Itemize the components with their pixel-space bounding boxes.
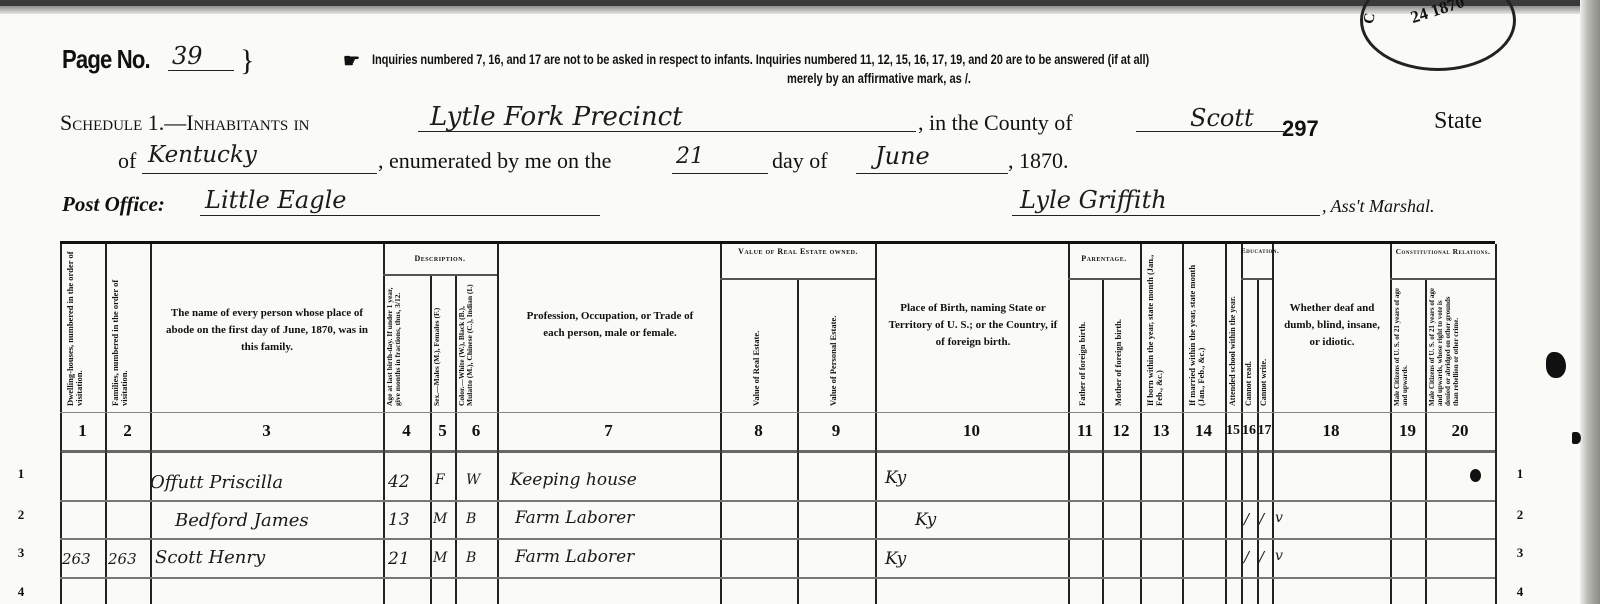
col-9-header: Value of Personal Estate.: [829, 290, 843, 406]
day-of-label: day of: [772, 148, 828, 174]
state-line: [142, 173, 377, 174]
row-2-birthplace: Ky: [915, 510, 936, 530]
col-num: 8: [720, 416, 797, 446]
col-num: 6: [455, 416, 497, 446]
row-3-dwelling: 263: [62, 550, 91, 568]
line-number-right: 1: [1513, 466, 1527, 482]
row-1-sex: F: [435, 472, 445, 488]
instructions-line-2: merely by an affirmative mark, as /.: [787, 71, 971, 86]
day-line: [672, 173, 768, 174]
page-number: 39: [172, 42, 203, 70]
county-line: [1136, 131, 1284, 132]
group-rule: [1068, 278, 1140, 280]
row-3-color: B: [466, 550, 476, 566]
enumerated-label: , enumerated by me on the: [378, 148, 611, 174]
ink-dot: [1470, 469, 1481, 482]
col-16-header: Cannot read.: [1244, 320, 1256, 406]
row-3-col18-mark: v: [1275, 548, 1283, 564]
col-num: 18: [1272, 416, 1390, 446]
stamped-number: 297: [1282, 116, 1319, 142]
col-num: 17: [1257, 416, 1272, 446]
group-description: Description.: [383, 254, 497, 263]
year-label: , 1870.: [1008, 148, 1069, 174]
row-3-cannot-read: /: [1244, 548, 1249, 566]
post-office-value: Little Eagle: [205, 186, 346, 214]
row-2-name: Bedford James: [175, 510, 309, 531]
col-14-header: If married within the year, state month …: [1188, 250, 1220, 406]
group-rule: [1241, 278, 1272, 280]
col-10-header: Place of Birth, naming State or Territor…: [885, 295, 1061, 355]
row-3-name: Scott Henry: [155, 547, 265, 568]
line-number-right: 2: [1513, 507, 1527, 523]
table-top-border: [60, 241, 1495, 244]
marshal-line: [1012, 215, 1320, 216]
header-number-rule: [60, 412, 1495, 413]
col-4-header: Age at last birth-day. If under 1 year, …: [386, 280, 428, 406]
row-1-age: 42: [388, 472, 410, 492]
col-num: 19: [1390, 416, 1425, 446]
marshal-signature: Lyle Griffith: [1020, 186, 1167, 214]
row-3-family: 263: [108, 550, 137, 568]
col-num: 5: [430, 416, 455, 446]
page-number-line: [168, 70, 234, 71]
col-20-header: Male Citizens of U. S. of 21 years of ag…: [1428, 284, 1492, 406]
col-num: 15: [1225, 416, 1241, 446]
precinct-value: Lytle Fork Precinct: [430, 102, 683, 132]
col-num: 9: [797, 416, 875, 446]
col-num: 16: [1241, 416, 1257, 446]
row-3-cannot-write: /: [1259, 548, 1264, 566]
instructions-line-1: Inquiries numbered 7, 16, and 17 are not…: [372, 52, 1149, 67]
row-2-occupation: Farm Laborer: [515, 508, 634, 528]
row-2-cannot-read: /: [1244, 510, 1249, 528]
col-5-header: Sex.—Males (M.), Females (F.): [433, 280, 453, 406]
col-num: 7: [497, 416, 720, 446]
row-rule: [60, 538, 1495, 540]
col-divider: [1495, 244, 1497, 604]
line-number-left: 2: [14, 507, 28, 523]
col-num: 12: [1102, 416, 1140, 446]
row-3-birthplace: Ky: [885, 549, 906, 569]
county-label: , in the County of: [918, 110, 1073, 136]
col-11-header: Father of foreign birth.: [1078, 284, 1092, 406]
row-2-sex: M: [433, 511, 447, 527]
col-15-header: Attended school within the year.: [1228, 250, 1240, 406]
manicule-icon: ☛: [343, 50, 360, 73]
col-17-header: Cannot write.: [1259, 320, 1271, 406]
line-number-right: 4: [1513, 584, 1527, 600]
col-num: 11: [1068, 416, 1102, 446]
state-value: Kentucky: [148, 142, 257, 168]
schedule-label: Schedule 1.—Inhabitants in: [60, 110, 310, 136]
col-num: 10: [875, 416, 1068, 446]
col-num: 14: [1182, 416, 1225, 446]
post-office-line: [200, 215, 600, 216]
col-8-header: Value of Real Estate.: [752, 290, 766, 406]
row-1-color: W: [466, 472, 480, 488]
row-2-cannot-write: /: [1259, 510, 1264, 528]
ink-mark: [1572, 432, 1581, 444]
col-3-header: The name of every person whose place of …: [160, 290, 374, 370]
group-rule: [1390, 278, 1495, 280]
month-line: [856, 173, 1008, 174]
col-1-header: Dwelling-houses, numbered in the order o…: [66, 250, 102, 406]
col-12-header: Mother of foreign birth.: [1114, 284, 1128, 406]
row-2-age: 13: [388, 510, 410, 530]
post-office-label: Post Office:: [62, 192, 165, 217]
col-num: 1: [60, 416, 105, 446]
col-num: 13: [1140, 416, 1182, 446]
line-number-left: 1: [14, 466, 28, 482]
row-2-col18-mark: v: [1275, 510, 1283, 526]
row-rule: [60, 577, 1495, 579]
col-num: 2: [105, 416, 150, 446]
line-number-left: 4: [14, 584, 28, 600]
of-label: of: [118, 148, 136, 174]
col-num: 20: [1425, 416, 1495, 446]
group-real-estate: Value of Real Estate owned.: [722, 247, 874, 256]
row-3-age: 21: [388, 549, 410, 569]
row-3-occupation: Farm Laborer: [515, 547, 634, 567]
row-1-occupation: Keeping house: [510, 470, 637, 490]
row-1-birthplace: Ky: [885, 468, 906, 488]
group-constitutional: Constitutional Relations.: [1392, 247, 1494, 256]
col-7-header: Profession, Occupation, or Trade of each…: [520, 295, 700, 355]
row-1-name: Offutt Priscilla: [150, 472, 283, 493]
group-rule: [720, 278, 875, 280]
col-num: 4: [383, 416, 430, 446]
county-value: Scott: [1190, 104, 1254, 132]
col-19-header: Male Citizens of U. S. of 21 years of ag…: [1393, 284, 1423, 406]
row-2-color: B: [466, 511, 476, 527]
group-rule: [383, 274, 497, 276]
row-3-sex: M: [433, 550, 447, 566]
line-number-left: 3: [14, 545, 28, 561]
col-13-header: If born within the year, state month (Ja…: [1146, 250, 1178, 406]
col-2-header: Families, numbered in the order of visit…: [111, 250, 147, 406]
brace: }: [240, 44, 254, 78]
header-bottom-rule: [60, 450, 1495, 453]
row-rule: [60, 500, 1495, 502]
marshal-label: , Ass't Marshal.: [1322, 196, 1435, 217]
col-num: 3: [150, 416, 383, 446]
group-education: Education.: [1241, 247, 1272, 256]
month-value: June: [875, 142, 930, 170]
group-parentage: Parentage.: [1068, 254, 1140, 263]
scan-right-edge: [1580, 0, 1600, 604]
ink-blot: [1546, 352, 1566, 378]
page-label: Page No.: [62, 44, 150, 75]
precinct-line: [418, 131, 916, 132]
day-value: 21: [676, 144, 704, 169]
col-6-header: Color.—White (W.), Black (B.), Mulatto (…: [458, 280, 495, 406]
line-number-right: 3: [1513, 545, 1527, 561]
col-18-header: Whether deaf and dumb, blind, insane, or…: [1280, 285, 1384, 365]
state-label: State: [1434, 108, 1482, 135]
